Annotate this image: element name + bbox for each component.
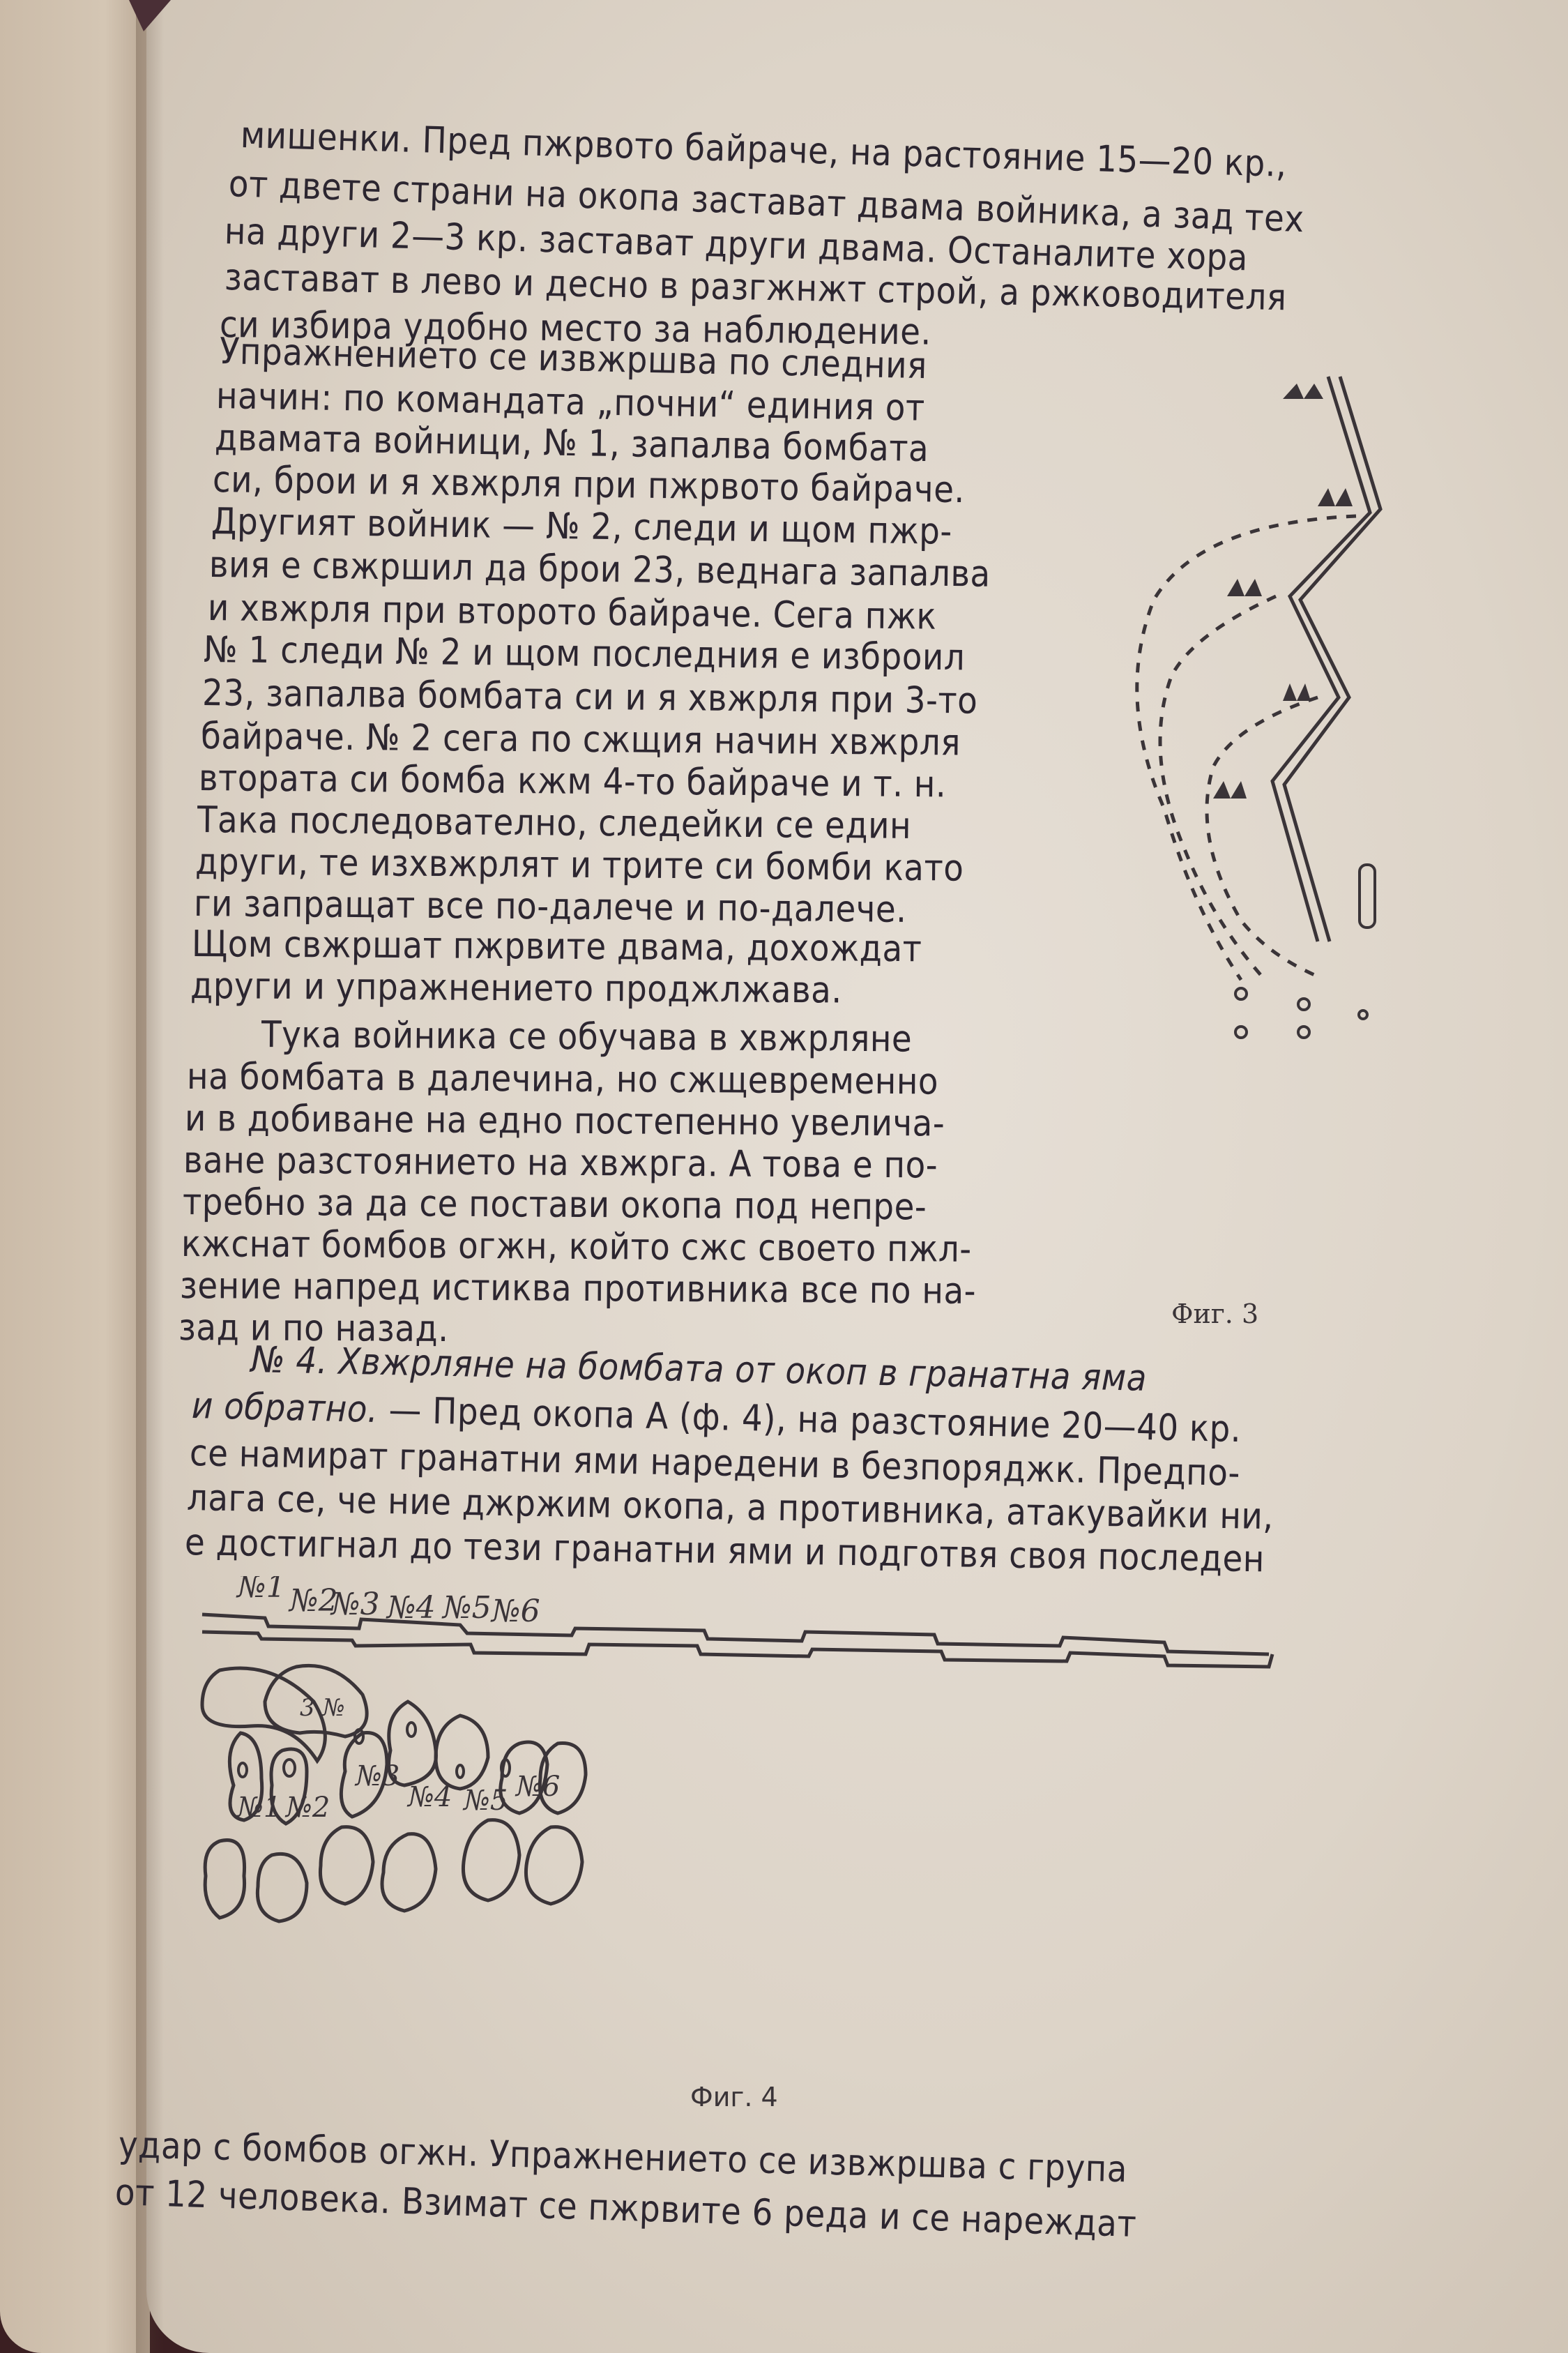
text-line: Така последователно, следейки се един <box>197 802 912 845</box>
pit-label-3: №3 <box>354 1760 399 1792</box>
pit-label-1: №1 <box>236 1792 281 1824</box>
text-line: ване разстоянието на хвжрга. А това е по… <box>183 1142 938 1184</box>
figure-4-caption: Фиг. 4 <box>690 2082 778 2112</box>
text-line: кжснат бомбов огжн, който сжс своето пжл… <box>181 1226 972 1268</box>
flag-markers <box>1213 384 1353 799</box>
section-heading-cont: и обратно. <box>191 1385 379 1431</box>
text-line: втората си бомба кжм 4-то байраче и т. н… <box>199 760 947 803</box>
text-line: други и упражнението проджлжава. <box>190 968 842 1009</box>
trench-label-4: №4 <box>386 1590 436 1626</box>
text-line: си, брои и я хвжрля при пжрвото байраче. <box>213 462 966 508</box>
extra-label: 3 № <box>300 1694 345 1722</box>
left-page <box>0 0 150 2353</box>
trench-line <box>202 1614 1272 1667</box>
trench-labels: №1 №2 №3 №4 №5 №6 <box>236 1576 540 1629</box>
trench-label-1: №1 <box>236 1576 286 1605</box>
pit-label-5: №5 <box>462 1785 508 1817</box>
text-line: требно за да се постави окопа под непре- <box>183 1184 927 1225</box>
text-line: ги запращат все по-далече и по-далече. <box>194 886 907 928</box>
book-spine <box>136 0 164 2353</box>
figure-4-diagram: №1 №2 №3 №4 №5 №6 №1 №2 №3 №4 №5 №6 3 № <box>195 1576 1311 2050</box>
text-line: други, те изхвжрлят и трите си бомби кат… <box>195 844 964 887</box>
text-line: байраче. № 2 сега по сжщия начин хвжрля <box>201 718 961 762</box>
figure-3-diagram <box>1088 363 1422 1297</box>
figure-3-caption: Фиг. 3 <box>1171 1299 1258 1329</box>
trench-label-5: №5 <box>441 1590 492 1626</box>
text-line: и в добиване на едно постепенно увелича- <box>185 1100 945 1142</box>
text-line: Тука войника се обучава в хвжрляне <box>261 1017 913 1058</box>
text-line: и хвжрля при второто байраче. Сега пжк <box>208 590 937 635</box>
pit-label-4: №4 <box>406 1781 452 1813</box>
text-line: Другият войник — № 2, следи и щом пжр- <box>211 504 953 550</box>
trench-label-6: №6 <box>490 1594 540 1629</box>
trench-label-3: №3 <box>330 1587 380 1622</box>
pit-labels: №1 №2 №3 №4 №5 №6 3 № <box>236 1694 560 1824</box>
text-line: зение напред истиква противника все по н… <box>180 1268 976 1310</box>
text-line: вия е свжршил да брои 23, веднага запалв… <box>209 547 991 593</box>
pit-label-6: №6 <box>515 1771 560 1803</box>
text-line: 23, запалва бомбата си и я хвжрля при 3-… <box>202 675 978 720</box>
pit-label-2: №2 <box>284 1792 330 1824</box>
text-line: Щом свжршат пжрвите двама, дохождат <box>192 926 922 967</box>
trench-label-2: №2 <box>288 1583 338 1619</box>
text-line: на бомбата в далечина, но сжщевременно <box>187 1059 938 1100</box>
text-line: № 1 следи № 2 и щом последния е изброил <box>204 632 966 676</box>
